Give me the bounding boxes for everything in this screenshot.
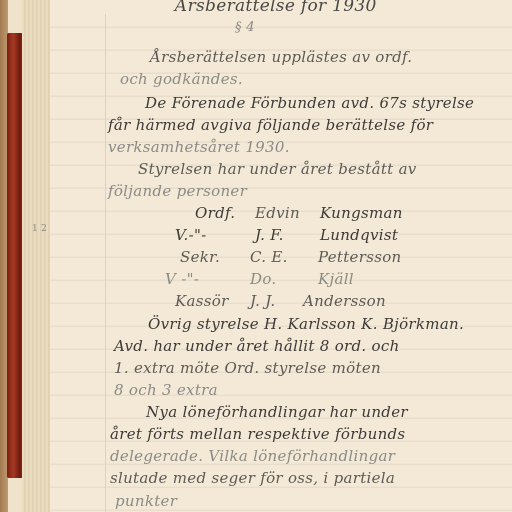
board-role: Ordf. xyxy=(195,204,235,222)
text-line: Styrelsen har under året bestått av xyxy=(138,160,417,178)
margin-rule xyxy=(105,14,106,512)
text-line: 1. extra möte Ord. styrelse möten xyxy=(114,359,381,377)
board-name: Kungsman xyxy=(320,204,403,222)
text-line: Nya löneförhandlingar har under xyxy=(146,403,408,421)
text-line: och godkändes. xyxy=(120,70,243,88)
board-name: Pettersson xyxy=(318,248,402,266)
text-line: Avd. har under året hållit 8 ord. och xyxy=(114,337,400,355)
text-line: De Förenade Förbunden avd. 67s styrelse xyxy=(145,94,474,112)
page-edges xyxy=(22,0,50,512)
board-role: V -"- xyxy=(165,270,199,288)
margin-marks: 1 2 xyxy=(32,224,47,234)
text-line: 8 och 3 extra xyxy=(114,381,218,399)
text-line: får härmed avgiva följande berättelse fö… xyxy=(108,116,433,134)
board-initials: J. F. xyxy=(255,226,284,244)
book-spine xyxy=(7,33,23,478)
board-role: Sekr. xyxy=(180,248,220,266)
text-line: delegerade. Vilka löneförhandlingar xyxy=(110,447,395,465)
board-name: Kjäll xyxy=(318,270,354,288)
board-name: Lundqvist xyxy=(320,226,398,244)
board-initials: Do. xyxy=(250,270,276,288)
board-initials: Edvin xyxy=(255,204,300,222)
board-initials: J. J. xyxy=(250,292,276,310)
text-line: punkter xyxy=(115,492,177,510)
text-line: året förts mellan respektive förbunds xyxy=(110,425,405,443)
page-title: Årsberättelse för 1930 xyxy=(175,0,377,16)
ledger-page: Årsberättelse för 1930 § 4 Årsberättelse… xyxy=(50,0,512,512)
board-role: V.-"- xyxy=(175,226,207,244)
text-line: följande personer xyxy=(108,182,247,200)
text-line: Årsberättelsen upplästes av ordf. xyxy=(150,48,412,66)
board-role: Kassör xyxy=(175,292,229,310)
board-name: Andersson xyxy=(303,292,386,310)
text-line: Övrig styrelse H. Karlsson K. Björkman. xyxy=(148,315,464,333)
section-number: § 4 xyxy=(235,20,255,35)
text-line: slutade med seger för oss, i partiela xyxy=(110,469,395,487)
text-line: verksamhetsåret 1930. xyxy=(108,138,290,156)
board-initials: C. E. xyxy=(250,248,288,266)
